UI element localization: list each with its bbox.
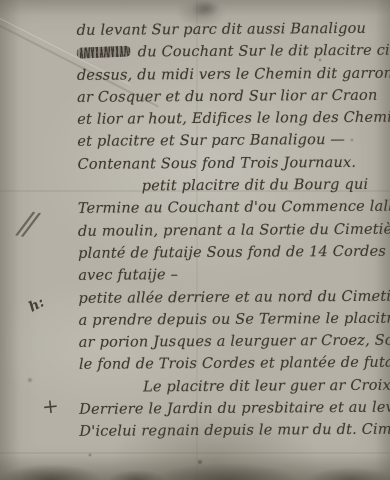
line-text: Contenant Sous fond Trois Journaux. — [77, 155, 356, 173]
manuscript-line: Termine au Couchant d'ou Commence lallée — [0, 196, 390, 221]
manuscript-line: D'icelui regnain depuis le mur du dt. Ci… — [1, 419, 390, 444]
line-text: avec futaije – — [78, 267, 178, 284]
manuscript-page: ∕∕ h: + du levant Sur parc dit aussi Ban… — [0, 0, 390, 480]
manuscript-line: du levant Sur parc dit aussi Banaligou — [0, 18, 389, 43]
manuscript-line: Derriere le Jardin du presbitaire et au … — [1, 397, 390, 422]
line-text: planté de futaije Sous fond de 14 Cordes — [78, 244, 386, 262]
line-text: ar Cosquer et du nord Sur lior ar Craon — [77, 88, 378, 106]
manuscript-line: du Couchant Sur le dit placitre ci — [0, 40, 389, 65]
manuscript-line: Le placitre dit leur guer ar Croix — — [1, 374, 390, 399]
manuscript-line: et lior ar hout, Edifices le long des Ch… — [0, 107, 389, 132]
manuscript-line: a prendre depuis ou Se Termine le placit… — [1, 307, 390, 332]
line-text: et lior ar hout, Edifices le long des Ch… — [77, 110, 390, 128]
line-text: D'icelui regnain depuis le mur du dt. Ci… — [79, 422, 390, 440]
line-text: du levant Sur parc dit aussi Banaligou — [77, 21, 367, 39]
line-text: le fond de Trois Cordes et plantée de fu… — [79, 355, 390, 373]
manuscript-line: ar Cosquer et du nord Sur lior ar Craon — [0, 85, 389, 110]
line-text: du Couchant Sur le dit placitre ci — [138, 43, 390, 61]
manuscript-line: planté de futaije Sous fond de 14 Cordes — [0, 241, 390, 266]
manuscript-line: le fond de Trois Cordes et plantée de fu… — [1, 352, 390, 377]
line-text: et placitre et Sur parc Banaligou — — [77, 132, 345, 150]
manuscript-line: Contenant Sous fond Trois Journaux. — [0, 151, 390, 176]
line-text: petit placitre dit du Bourg qui — [142, 177, 369, 195]
line-text: ar porion Jusques a leurguer ar Croez, S… — [79, 333, 390, 351]
manuscript-text-block: du levant Sur parc dit aussi Banaligou d… — [0, 18, 390, 444]
line-text: dessus, du midi vers le Chemin dit garro… — [77, 65, 390, 83]
line-text: Derriere le Jardin du presbitaire et au … — [79, 399, 390, 418]
line-text: a prendre depuis ou Se Termine le placit… — [79, 310, 390, 328]
line-text: du moulin, prenant a la Sortie du Cimeti… — [78, 221, 390, 239]
line-text: Termine au Couchant d'ou Commence lallée — [78, 199, 390, 217]
manuscript-line: avec futaije – — [0, 263, 390, 288]
manuscript-line: et placitre et Sur parc Banaligou — — [0, 129, 389, 154]
line-text: petite allée derriere et au nord du Cime… — [78, 288, 390, 306]
struck-out-word — [77, 46, 131, 59]
manuscript-line: ar porion Jusques a leurguer ar Croez, S… — [1, 330, 390, 355]
manuscript-line: dessus, du midi vers le Chemin dit garro… — [0, 62, 389, 87]
paper-crease — [0, 452, 390, 454]
manuscript-line: petit placitre dit du Bourg qui — [0, 174, 390, 199]
manuscript-line: du moulin, prenant a la Sortie du Cimeti… — [0, 218, 390, 243]
line-text: Le placitre dit leur guer ar Croix — — [143, 377, 390, 395]
manuscript-line: petite allée derriere et au nord du Cime… — [0, 285, 390, 310]
